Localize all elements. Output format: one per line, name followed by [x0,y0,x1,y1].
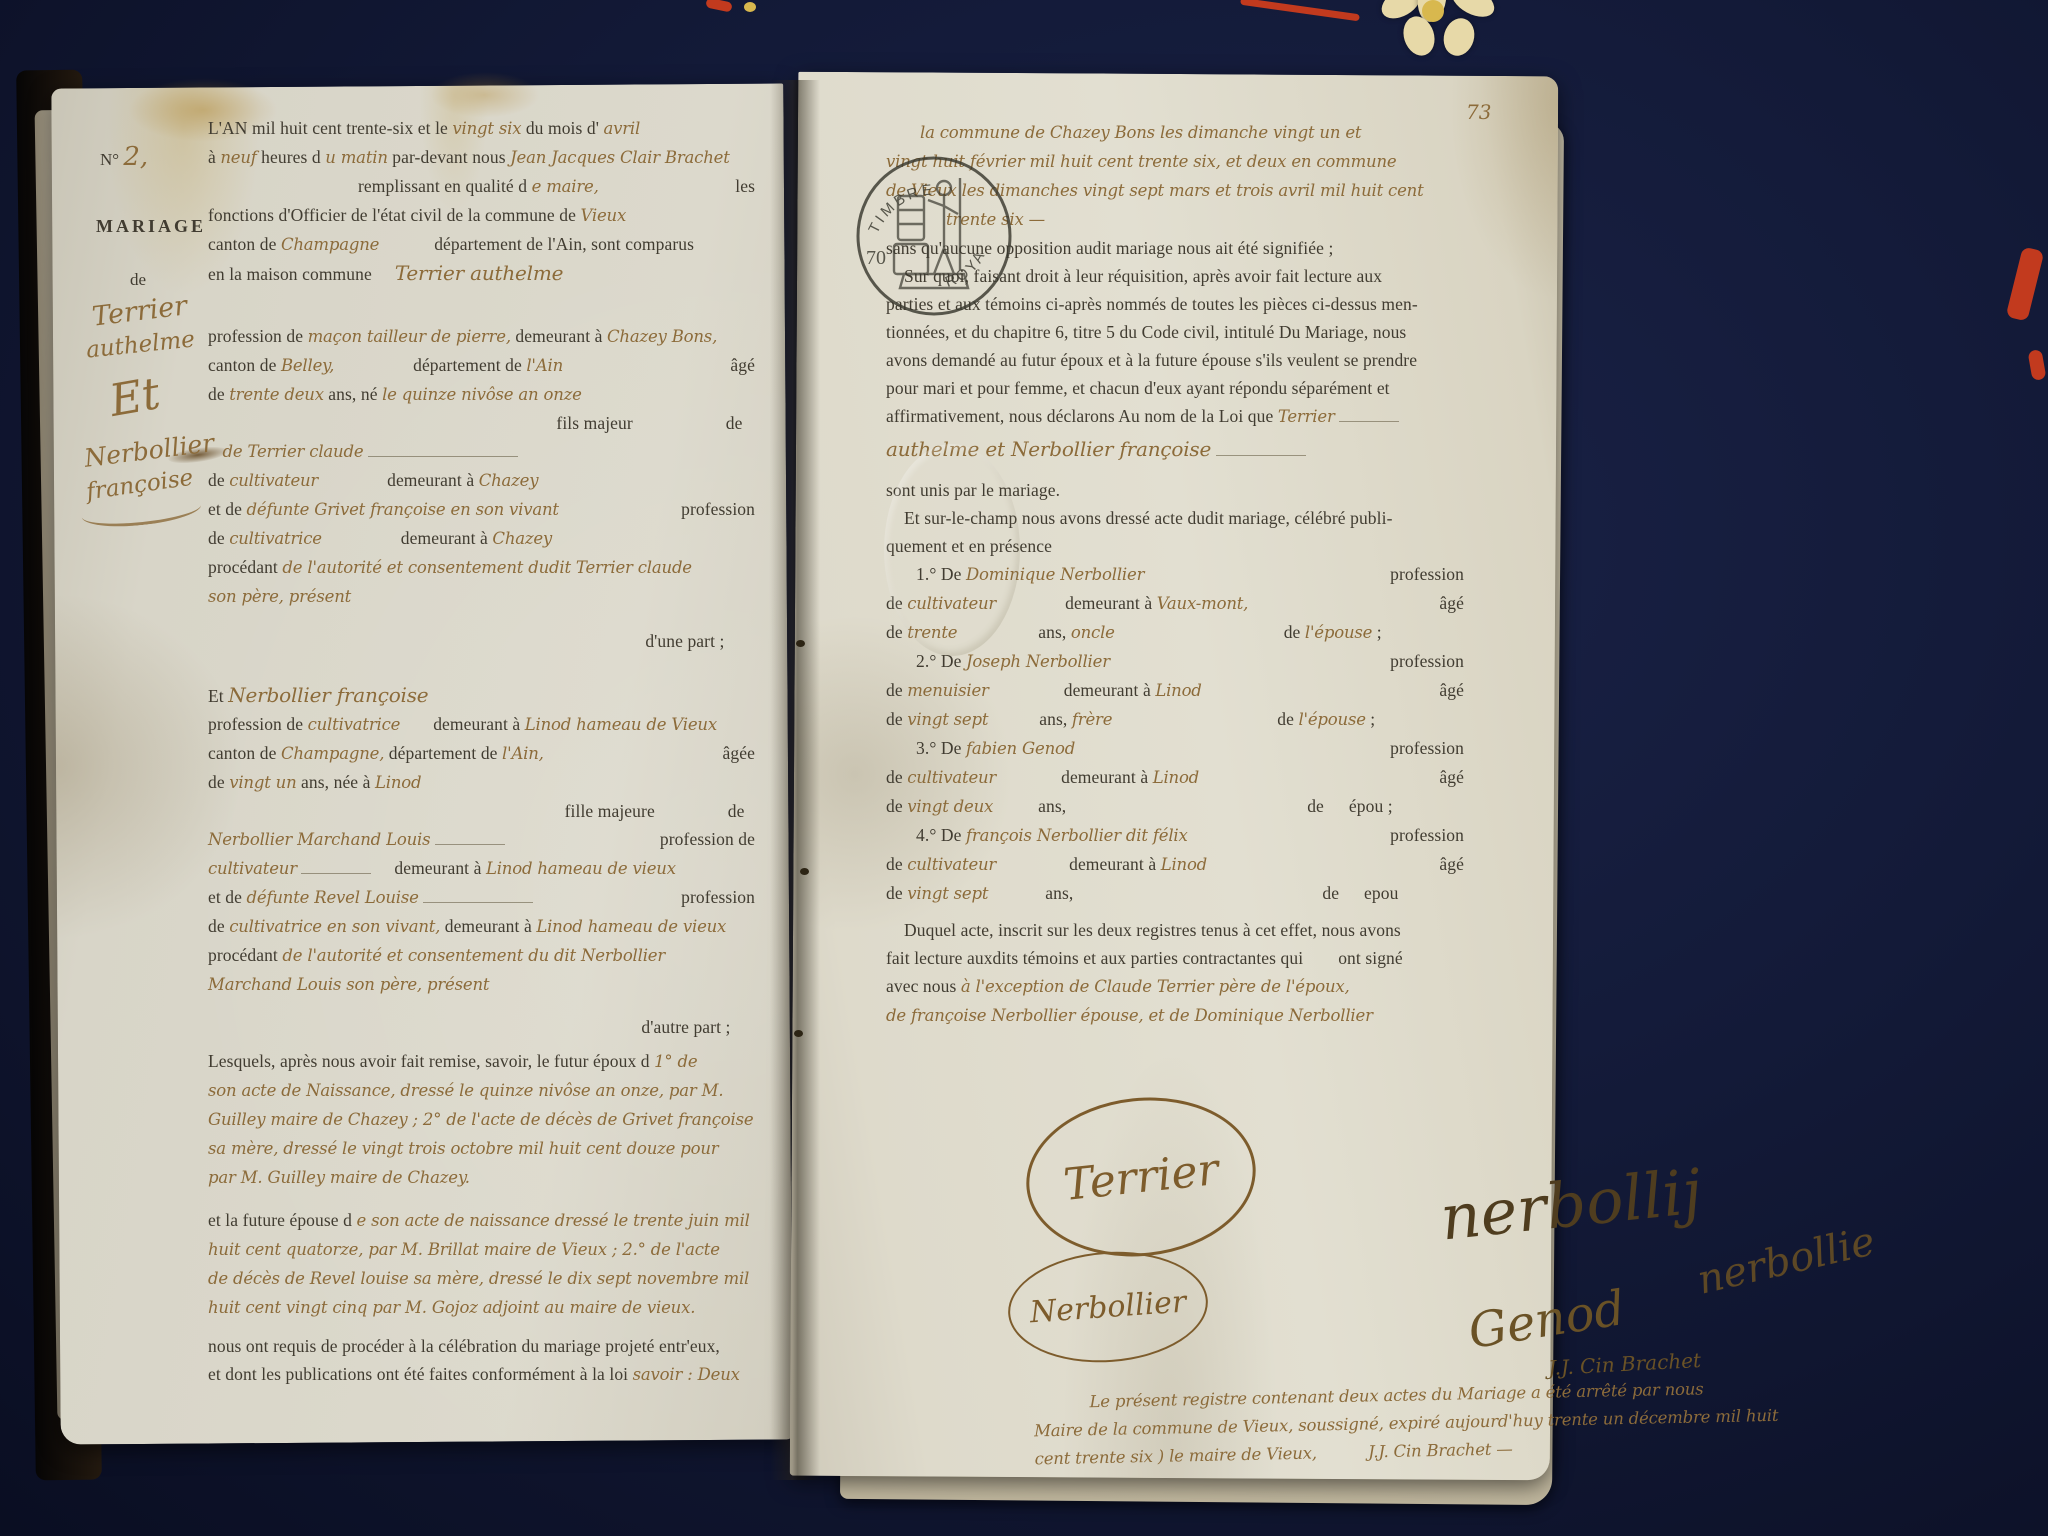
text-line: la commune de Chazey Bons les dimanche v… [886,118,1464,147]
spacer [339,370,409,371]
handwritten-text: Terrier [1278,407,1335,426]
book-gutter-shadow [770,80,820,1480]
text-line: L'AN mil huit cent trente-six et le ving… [208,114,755,143]
printed-text: canton de [208,234,276,254]
text-line: profession de cultivatrice demeurant à L… [208,710,755,739]
printed-text: département de [413,355,522,375]
handwritten-text: Jean Jacques Clair Brachet [510,148,730,167]
spacer [749,816,755,817]
printed-text: Et [208,686,224,706]
text-line: de trente deux ans, né le quinze nivôse … [208,380,755,409]
text-line: en la maison commune Terrier authelme [208,259,755,288]
red-stitch-mark [2006,246,2045,321]
text-line: canton de Belley, département de l'Ain â… [208,351,755,380]
text-line: fille majeure de [208,797,755,825]
printed-text: de [208,916,225,936]
binding-stitch-hole [800,868,809,875]
printed-text: de [208,384,225,404]
printed-text: âgé [1439,850,1464,878]
handwritten-text: défunte Revel Louise [247,888,419,907]
page-number: 73 [1466,100,1491,124]
handwritten-text: 1° de [654,1052,697,1071]
printed-text: épou ; [1349,796,1393,816]
handwritten-text: cent trente six ) le maire de Vieux, [1034,1444,1317,1469]
printed-text: en la maison commune [208,264,372,284]
text-line: avec nous à l'exception de Claude Terrie… [886,972,1464,1001]
printed-text: de [208,772,225,792]
text-line: 2.° De Joseph Nerbollier profession [886,647,1464,676]
printed-text: profession [1390,560,1464,588]
flower-stem [1240,0,1360,21]
printed-text: canton de [208,355,276,375]
printed-text: département de [389,743,498,763]
text-line: de vingt un ans, née à Linod [208,768,755,797]
handwritten-text: Marchand Louis son père, présent [208,975,489,994]
printed-text: de [726,413,743,433]
printed-text: demeurant à [1064,680,1151,700]
printed-text: d'une part ; [645,631,724,651]
flower-center [1422,0,1444,22]
handwritten-text: avril [603,119,640,138]
handwritten-text: cultivatrice en son vivant, [229,917,440,936]
printed-text: les [735,172,755,200]
handwritten-text: e maire, [532,177,599,196]
printed-text: ans, né [328,384,377,404]
binding-stitch-hole [794,1030,803,1037]
handwritten-text: huit cent vingt cinq par M. Gojoz adjoin… [208,1298,695,1317]
spacer [998,811,1034,812]
text-line: Duquel acte, inscrit sur les deux regist… [886,916,1464,944]
text-line: avons demandé au futur époux et à la fut… [886,346,1464,374]
spacer [1344,898,1360,899]
printed-text: demeurant à [515,326,602,346]
spacer [1119,637,1279,638]
printed-text: de [1277,709,1294,729]
printed-text: âgé [1439,763,1464,791]
red-stitch-mark [2028,349,2047,381]
spacer [1308,963,1334,964]
handwritten-text: cultivateur [907,768,996,787]
signature-witness-nerbollie: nerbollie [1693,1218,1879,1303]
handwritten-text: cultivateur [229,471,318,490]
printed-text: Lesquels, après nous avoir fait remise, … [208,1051,650,1071]
handwritten-text: e son acte de naissance dressé le trente… [356,1211,749,1230]
printed-text: à [208,147,216,167]
printed-text: d'autre part ; [641,1017,730,1037]
embroidered-flower [1360,0,1540,80]
handwritten-text: Linod hameau de vieux [486,859,676,878]
text-line: de vingt deux ans, de épou ; [886,792,1464,821]
printed-text: demeurant à [433,714,520,734]
handwritten-text: vingt six [452,119,521,138]
printed-text: avons demandé au futur époux et à la fut… [886,350,1417,370]
handwritten-text: de décès de Revel louise sa mère, dressé… [208,1269,749,1288]
printed-text: tionnées, et du chapitre 6, titre 5 du C… [886,322,1406,342]
signature-terrier-text: Terrier [1061,1144,1221,1211]
flower-petal [1439,15,1478,60]
handwritten-text: Linod [375,773,421,792]
text-line: et la future épouse d e son acte de nais… [208,1206,755,1235]
ruled-line [435,828,505,845]
handwritten-text: maçon tailleur de pierre, [308,327,511,346]
text-line: procédant de l'autorité et consentement … [208,553,755,582]
printed-text: âgée [723,739,755,767]
handwritten-text: par M. Guilley maire de Chazey. [208,1168,470,1187]
text-line: et de défunte Grivet françoise en son vi… [208,495,755,524]
printed-text: de [208,528,225,548]
printed-text: epou [1364,883,1398,903]
handwritten-text: Vaux-mont, [1157,594,1249,613]
text-line: nous ont requis de procéder à la célébra… [208,1332,755,1360]
ruled-line [1216,439,1306,456]
printed-text: de [886,854,903,874]
handwritten-text: huit cent quatorze, par M. Brillat maire… [208,1240,720,1259]
text-line: 4.° De françois Nerbollier dit félix pro… [886,821,1464,850]
handwritten-text: trente deux [229,385,324,404]
printed-text: profession [1390,647,1464,675]
spacer [729,646,755,647]
printed-text: et de [208,499,242,519]
spacer [993,898,1041,899]
handwritten-text: son père, présent [208,587,351,606]
printed-text: du mois d' [526,118,599,138]
printed-text: ans, [1038,622,1066,642]
text-line: fonctions d'Officier de l'état civil de … [208,201,755,230]
text-line: de cultivatrice demeurant à Chazey [208,524,755,553]
printed-text: de [728,801,745,821]
handwritten-text: son acte de Naissance, dressé le quinze … [208,1081,723,1100]
printed-text: de [886,680,903,700]
printed-text: pour mari et pour femme, et chacun d'eux… [886,378,1390,398]
text-line: Et Nerbollier françoise [208,681,755,710]
spacer [405,729,429,730]
text-line: huit cent vingt cinq par M. Gojoz adjoin… [208,1293,755,1322]
handwritten-text: l'Ain, [502,744,544,763]
spacer [993,695,1059,696]
spacer [1117,724,1273,725]
text-line: son acte de Naissance, dressé le quinze … [208,1076,755,1105]
spacer [376,873,390,874]
handwritten-text: oncle [1071,623,1115,642]
ruled-line [1339,405,1399,422]
act-heading-de: de [130,270,146,290]
text-line: affirmativement, nous déclarons Au nom d… [886,402,1464,431]
spacer [1001,869,1065,870]
handwritten-text: Linod hameau de vieux [536,917,726,936]
printed-text: ; [1377,622,1382,642]
spacer [323,485,383,486]
printed-text: de [886,796,903,816]
handwritten-text: vingt deux [907,797,993,816]
left-page-text: L'AN mil huit cent trente-six et le ving… [208,114,755,1389]
text-line: de Terrier claude [208,437,755,466]
handwritten-text: Chazey Bons, [607,327,717,346]
handwritten-text: cultivatrice [308,715,401,734]
text-line: et de défunte Revel Louise profession [208,883,755,912]
text-line: de cultivateur demeurant à Linod âgé [886,763,1464,792]
printed-text: profession de [660,825,755,853]
handwritten-text: menuisier [907,681,989,700]
printed-text: âgé [1439,589,1464,617]
spacer [208,456,218,457]
text-line: canton de Champagne, département de l'Ai… [208,739,755,768]
text-line: pour mari et pour femme, et chacun d'eux… [886,374,1464,402]
printed-text: profession de [208,714,303,734]
text-line: sa mère, dressé le vingt trois octobre m… [208,1134,755,1163]
printed-text: demeurant à [1061,767,1148,787]
spacer [1001,782,1057,783]
printed-text: fils majeur [556,413,632,433]
spacer [1078,898,1318,899]
spacer [1328,811,1344,812]
printed-text: ans, née à [301,772,371,792]
handwritten-text: Chazey [492,529,552,548]
handwritten-text: Belley, [281,356,334,375]
text-line: de cultivatrice en son vivant, demeurant… [208,912,755,941]
printed-text: âgé [1439,676,1464,704]
handwritten-text: vingt un [229,773,296,792]
printed-text: L'AN mil huit cent trente-six et le [208,118,448,138]
text-line: remplissant en qualité d e maire, les [208,172,755,201]
handwritten-text: françois Nerbollier dit félix [966,826,1188,845]
printed-text: 4.° De [916,825,962,845]
handwritten-text: de l'autorité et consentement dudit Terr… [282,558,691,577]
text-line: canton de Champagne département de l'Ain… [208,230,755,259]
printed-text: âgé [730,351,755,379]
printed-text: de [1284,622,1301,642]
text-line: d'autre part ; [208,1013,755,1041]
text-line: et dont les publications ont été faites … [208,1360,755,1389]
text-line: par M. Guilley maire de Chazey. [208,1163,755,1192]
margin-et: Et [106,368,164,427]
spacer [735,1032,755,1033]
handwritten-text: Linod [1153,768,1199,787]
printed-text: ont signé [1338,948,1403,968]
text-line: Nerbollier Marchand Louis profession de [208,825,755,854]
handwritten-text: J.J. Cin Brachet — [1368,1439,1513,1461]
text-line: de décès de Revel louise sa mère, dressé… [208,1264,755,1293]
spacer [376,279,390,280]
text-line: de françoise Nerbollier épouse, et de Do… [886,1001,1464,1030]
handwritten-text: de Terrier claude [222,442,363,461]
handwritten-text: Linod hameau de Vieux [525,715,717,734]
handwritten-text: à l'exception de Claude Terrier père de … [961,977,1350,996]
text-line: fait lecture auxdits témoins et aux part… [886,944,1464,972]
handwritten-text: Nerbollier Marchand Louis [208,830,430,849]
printed-text: remplissant en qualité d [358,176,527,196]
handwritten-text: l'épouse [1305,623,1372,642]
handwritten-text: neuf [220,148,256,167]
handwritten-text: vingt sept [907,710,988,729]
printed-text: et dont les publications ont été faites … [208,1364,628,1384]
spacer [747,428,755,429]
printed-text: profession [681,495,755,523]
yellow-stitch-mark [744,2,756,12]
spacer [637,428,721,429]
spacer [993,724,1035,725]
handwritten-text: cultivatrice [229,529,322,548]
text-line: de menuisier demeurant à Linod âgé [886,676,1464,705]
text-line: de vingt sept ans, de epou [886,879,1464,908]
printed-text: fonctions d'Officier de l'état civil de … [208,205,576,225]
handwritten-text: la commune de Chazey Bons les dimanche v… [920,123,1361,142]
printed-text: par-devant nous [392,147,505,167]
printed-text: 3.° De [916,738,962,758]
handwritten-text: Linod [1161,855,1207,874]
ruled-line [368,440,518,457]
printed-text: profession de [208,326,303,346]
handwritten-text: Champagne [281,235,379,254]
spacer [1071,811,1303,812]
printed-text: de [208,470,225,490]
printed-text: affirmativement, nous déclarons Au nom d… [886,406,1273,426]
printed-text: demeurant à [1065,593,1152,613]
handwritten-text: fabien Genod [966,739,1075,758]
text-line: fils majeur de [208,409,755,437]
text-line: d'une part ; [208,627,755,655]
text-line: Marchand Louis son père, présent [208,970,755,999]
printed-text: demeurant à [1069,854,1156,874]
printed-text: ans, [1038,796,1066,816]
text-line: cultivateur demeurant à Linod hameau de … [208,854,755,883]
printed-text: fait lecture auxdits témoins et aux part… [886,948,1303,968]
binding-stitch-hole [796,640,805,647]
handwritten-text: cultivateur [208,859,297,878]
text-line: de cultivateur demeurant à Chazey [208,466,755,495]
spacer [326,543,396,544]
handwritten-text: Terrier authelme [395,261,563,285]
handwritten-text: sa mère, dressé le vingt trois octobre m… [208,1139,718,1158]
handwritten-text: Champagne, [281,744,384,763]
text-line: Lesquels, après nous avoir fait remise, … [208,1047,755,1076]
paper-stain [430,72,540,118]
handwritten-text: de l'autorité et consentement du dit Ner… [282,946,665,965]
text-line: huit cent quatorze, par M. Brillat maire… [208,1235,755,1264]
printed-text: de [886,767,903,787]
handwritten-text: savoir : Deux [633,1365,740,1384]
printed-text: de [886,622,903,642]
printed-text: de [886,883,903,903]
handwritten-text: Linod [1155,681,1201,700]
text-line: Guilley maire de Chazey ; 2° de l'acte d… [208,1105,755,1134]
printed-text: fille majeure [565,801,655,821]
act-type-heading: MARIAGE [96,216,206,237]
ruled-line [423,886,533,903]
handwritten-text: Joseph Nerbollier [966,652,1110,671]
printed-text: de [1322,883,1339,903]
red-stitch-mark [705,0,733,13]
printed-text: ; [1370,709,1375,729]
stamp-value: 70 [866,247,886,269]
printed-text: ans, [1045,883,1073,903]
printed-text: et la future épouse d [208,1210,352,1230]
text-line: 3.° De fabien Genod profession [886,734,1464,763]
printed-text: heures d [261,147,321,167]
act-number-label: N° [100,150,119,169]
printed-text: demeurant à [401,528,488,548]
printed-text: demeurant à [445,916,532,936]
timbre-royal-stamp: TIMBRE ROYAL 70 [852,152,1016,325]
printed-text: Duquel acte, inscrit sur les deux regist… [904,920,1401,940]
handwritten-text: Nerbollier françoise [228,683,428,707]
spacer [1001,608,1061,609]
act-number: N° 2, [100,142,148,172]
printed-text: profession [681,883,755,911]
printed-text: de [886,709,903,729]
printed-text: demeurant à [387,470,474,490]
act-number-value: 2, [123,142,148,172]
printed-text: demeurant à [394,858,481,878]
text-line: à neuf heures d u matin par-devant nous … [208,143,755,172]
printed-text: profession [1390,821,1464,849]
blind-embossed-seal [884,444,1020,656]
printed-text: département de l'Ain, sont comparus [434,234,694,254]
text-line: de cultivateur demeurant à Linod âgé [886,850,1464,879]
printed-text: et de [208,887,242,907]
text-line: profession de maçon tailleur de pierre, … [208,322,755,351]
handwritten-text: défunte Grivet françoise en son vivant [247,500,559,519]
ruled-line [301,857,371,874]
printed-text: de [1307,796,1324,816]
printed-text: procédant [208,557,278,577]
handwritten-text: l'Ain [526,356,563,375]
register-closing-note: Le présent registre contenant deux actes… [1033,1371,1935,1474]
handwritten-text: frère [1072,710,1112,729]
spacer [384,249,430,250]
handwritten-text: u matin [325,148,388,167]
handwritten-text: le quinze nivôse an onze [382,385,582,404]
handwritten-text: vingt sept [907,884,988,903]
signature-nerbollier-text: Nerbollier [1029,1284,1188,1330]
spacer [1323,1457,1363,1459]
handwritten-text: Chazey [479,471,539,490]
text-line: de vingt sept ans, frère de l'épouse ; [886,705,1464,734]
handwritten-text: l'épouse [1298,710,1365,729]
printed-text: avec nous [886,976,956,996]
printed-text: canton de [208,743,276,763]
printed-text: procédant [208,945,278,965]
spacer [659,816,723,817]
printed-text: nous ont requis de procéder à la célébra… [208,1336,720,1356]
handwritten-text: Vieux [580,206,626,225]
text-line: son père, présent [208,582,755,611]
printed-text: profession [1390,734,1464,762]
text-line: procédant de l'autorité et consentement … [208,941,755,970]
photograph-of-marriage-register: { "meta": { "page_number": "73" }, "pale… [0,0,2048,1536]
handwritten-text: Guilley maire de Chazey ; 2° de l'acte d… [208,1110,753,1129]
handwritten-text: de françoise Nerbollier épouse, et de Do… [886,1006,1373,1025]
handwritten-text: cultivateur [907,855,996,874]
printed-text: ans, [1039,709,1067,729]
